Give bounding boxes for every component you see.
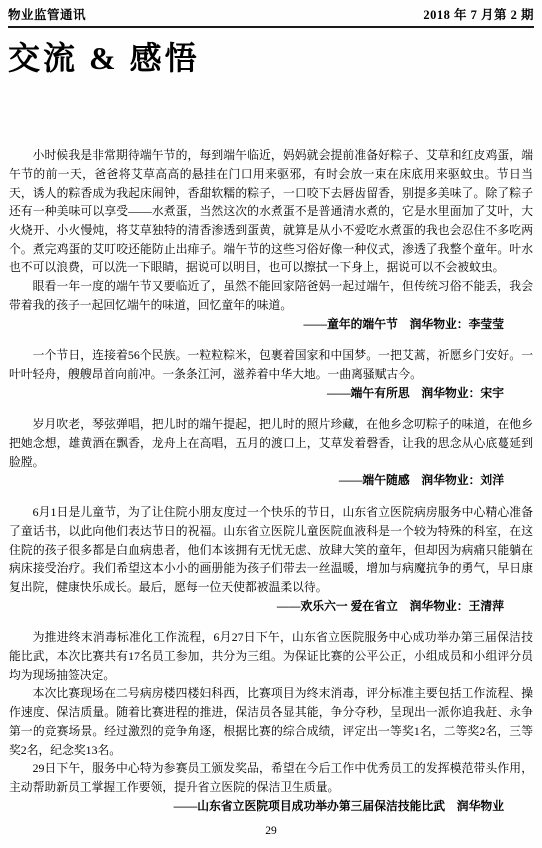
article-paragraph: 为推进终末消毒标准化工作流程，6月27日下午，山东省立医院服务中心成功举办第三届… [9,628,533,684]
article-attribution: ——童年的端午节 润华物业：李莹莹 [9,315,533,334]
article-paragraph: 小时候我是非常期待端午节的，每到端午临近，妈妈就会提前准备好粽子、艾草和红皮鸡蛋… [9,146,533,277]
newsletter-name: 物业监管通讯 [8,5,86,23]
article-paragraph: 岁月吹老，琴弦弹唱，把儿时的端午提起，把儿时的照片珍藏，在他乡念叨粽子的味道，在… [9,415,533,471]
issue-date: 2018 年 7 月第 2 期 [423,5,534,23]
newsletter-page: 物业监管通讯 2018 年 7 月第 2 期 交流 & 感悟 小时候我是非常期待… [0,0,542,848]
article-cleaning-competition: 为推进终末消毒标准化工作流程，6月27日下午，山东省立医院服务中心成功举办第三届… [9,628,533,815]
article-attribution: ——端午有所思 润华物业：宋宇 [9,384,533,403]
article-paragraph: 本次比赛现场在二号病房楼四楼妇科西，比赛项目为终末消毒，评分标准主要包括工作流程… [9,684,533,759]
article-attribution: ——端午随感 润华物业：刘洋 [9,471,533,490]
page-footer: 29 [0,825,542,837]
article-attribution: ——山东省立医院项目成功举办第三届保洁技能比武 润华物业 [9,797,533,816]
article-dragon-boat-reflection: 岁月吹老，琴弦弹唱，把儿时的端午提起，把儿时的照片珍藏，在他乡念叨粽子的味道，在… [9,415,533,490]
article-paragraph: 29日下午，服务中心特为参赛员工颁发奖品，希望在今后工作中优秀员工的发挥模范带头… [9,759,533,796]
page-content: 小时候我是非常期待端午节的，每到端午临近，妈妈就会提前准备好粽子、艾草和红皮鸡蛋… [9,146,533,815]
article-attribution: ——欢乐六一 爱在省立 润华物业：王清萍 [9,597,533,616]
article-childrens-day: 6月1日是儿童节，为了让住院小朋友度过一个快乐的节日，山东省立医院病房服务中心精… [9,503,533,615]
page-header: 物业监管通讯 2018 年 7 月第 2 期 [8,0,534,28]
article-paragraph: 6月1日是儿童节，为了让住院小朋友度过一个快乐的节日，山东省立医院病房服务中心精… [9,503,533,597]
article-paragraph: 一个节日，连接着56个民族。一粒粒粽米，包裹着国家和中国梦。一把艾蒿，祈愿乡门安… [9,346,533,383]
article-childhood-dragon-boat: 小时候我是非常期待端午节的，每到端午临近，妈妈就会提前准备好粽子、艾草和红皮鸡蛋… [9,146,533,333]
article-paragraph: 眼看一年一度的端午节又要临近了，虽然不能回家陪爸妈一起过端午，但传统习俗不能丢，… [9,277,533,314]
article-dragon-boat-thoughts: 一个节日，连接着56个民族。一粒粒粽米，包裹着国家和中国梦。一把艾蒿，祈愿乡门安… [9,346,533,402]
page-number: 29 [265,825,277,837]
page-title: 交流 & 感悟 [8,37,542,80]
